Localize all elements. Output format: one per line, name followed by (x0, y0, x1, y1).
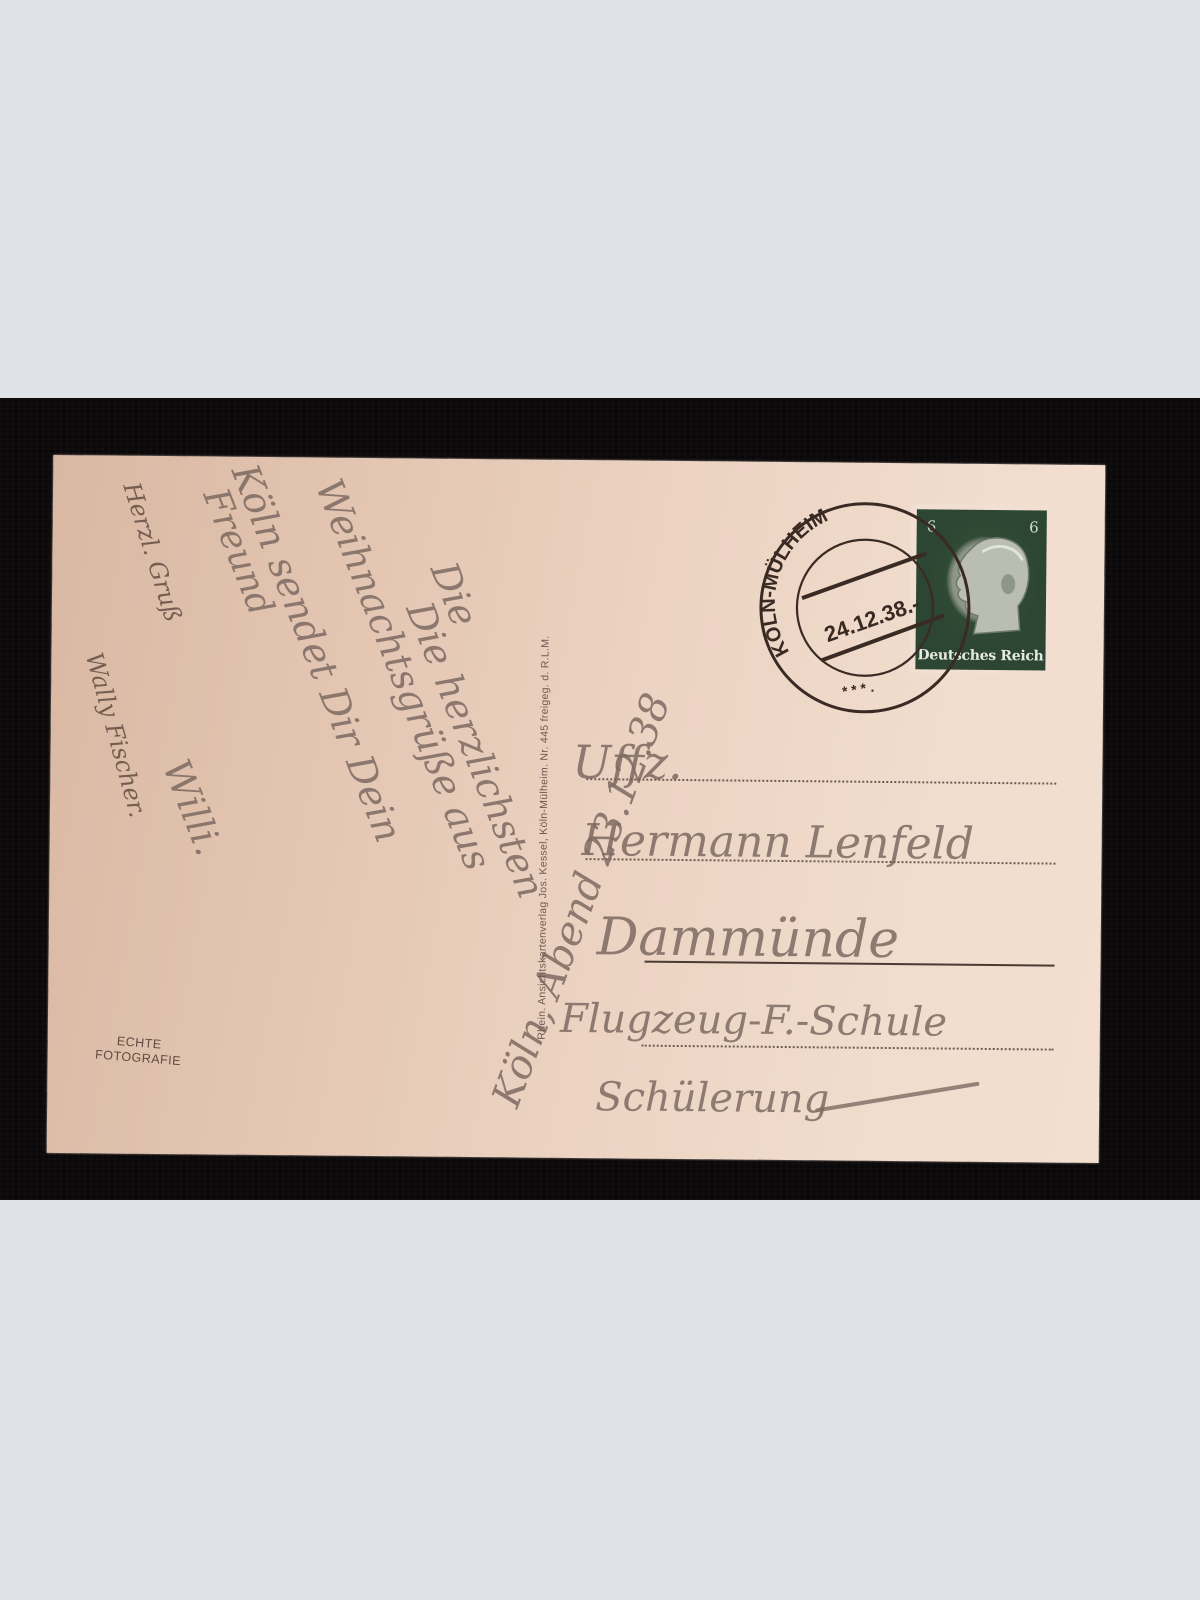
postmark-bottom-marks: * * * . (841, 678, 875, 699)
postscript-line-1: Herzl. Gruß (117, 478, 187, 625)
photo-background: Köln, Abend 23.12.38 Die Die herzlichste… (0, 398, 1200, 1200)
postmark-city: KÖLN-MÜLHEIM (757, 504, 831, 661)
postscript-line-2: Wally Fischer. (80, 649, 152, 820)
postcard: Köln, Abend 23.12.38 Die Die herzlichste… (47, 455, 1106, 1163)
address-line-5: Schülerung (595, 1074, 829, 1122)
svg-text:KÖLN-MÜLHEIM: KÖLN-MÜLHEIM (757, 504, 831, 661)
address-line-4: Flugzeug-F.-Schule (559, 996, 948, 1046)
postmark: KÖLN-MÜLHEIM 24.12.38.- * * * . (749, 492, 981, 724)
message-signature: Willi. (154, 753, 231, 861)
address-line-1: Uffz. (572, 735, 683, 790)
postmark-date: 24.12.38.- (821, 591, 923, 648)
